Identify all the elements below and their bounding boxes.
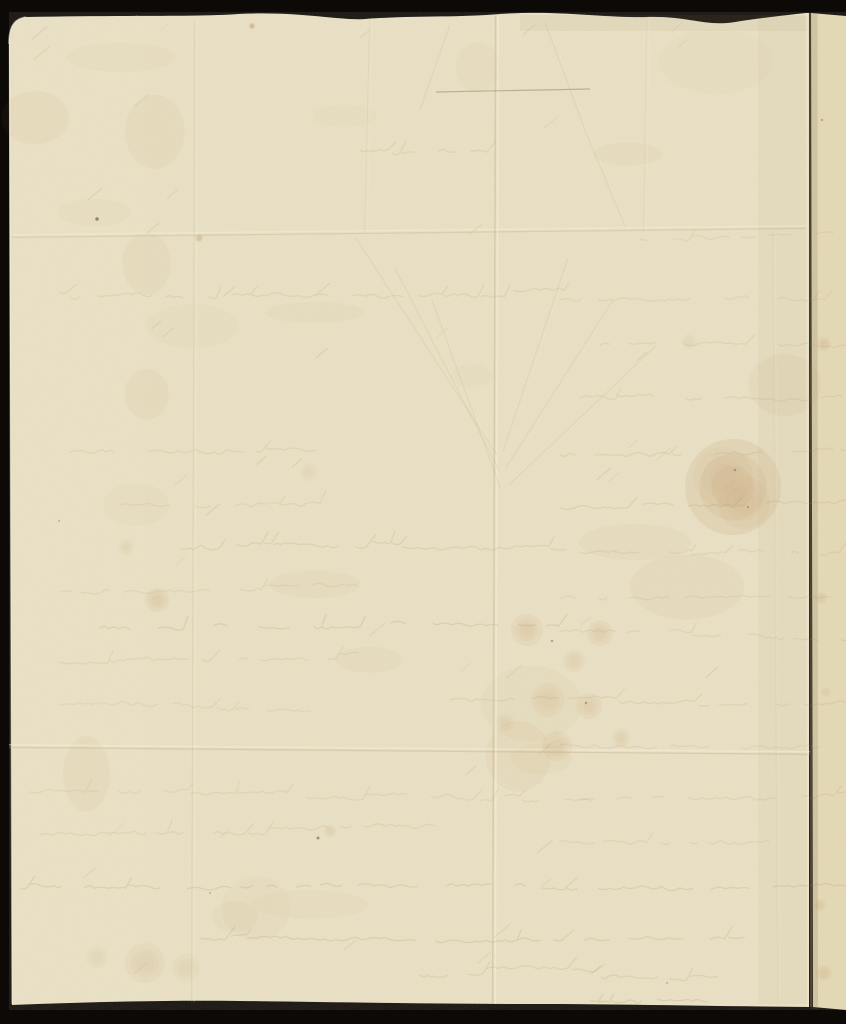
paper-mottle: [336, 646, 403, 672]
ink-stain: [251, 25, 254, 28]
paper-mottle: [146, 304, 238, 348]
ink-stain: [540, 692, 555, 707]
paper-mottle: [593, 143, 663, 166]
ink-stain: [197, 236, 201, 240]
dirt-speck: [747, 506, 749, 508]
paper-mottle: [58, 199, 131, 226]
ink-stain: [305, 468, 313, 476]
paper-mottle: [1, 91, 69, 144]
dirt-speck: [209, 892, 211, 894]
ink-stain: [732, 491, 755, 514]
ink-stain: [501, 718, 509, 726]
top-edge-shadow: [520, 15, 808, 31]
dirt-speck: [317, 837, 320, 840]
dirt-speck: [95, 217, 98, 220]
paper-mottle: [630, 554, 744, 619]
ink-stain: [594, 627, 606, 639]
ink-stain: [92, 952, 102, 962]
ink-stain: [820, 969, 827, 976]
ink-stain: [617, 734, 625, 742]
paper-mottle: [122, 233, 170, 295]
paper-mottle: [265, 302, 364, 323]
scanned-document: [0, 0, 846, 1024]
gutter-fold-soft-shadow: [814, 13, 815, 1007]
paper-mottle: [658, 29, 773, 94]
gutter-fold-line: [810, 13, 811, 1007]
ink-stain: [180, 962, 193, 975]
paper-mottle: [252, 890, 369, 919]
gutter-fold-highlight: [807, 13, 808, 1007]
dirt-speck: [666, 982, 668, 984]
paper-mottle: [456, 42, 500, 92]
ink-stain: [569, 656, 579, 666]
dirt-speck: [585, 702, 587, 704]
dirt-speck: [734, 469, 737, 472]
dirt-speck: [58, 520, 60, 522]
ink-stain: [817, 902, 822, 907]
scan-canvas: [0, 0, 846, 1024]
paper-mottle: [125, 95, 185, 169]
ink-stain: [122, 543, 129, 550]
paper-mottle: [124, 369, 168, 420]
ink-stain: [327, 828, 332, 833]
ink-stain: [583, 700, 595, 712]
dirt-speck: [551, 640, 553, 642]
ink-stain: [824, 690, 829, 695]
paper-mottle: [579, 524, 691, 560]
ink-stain: [152, 595, 163, 606]
paper-mottle: [67, 43, 176, 72]
ink-stain: [550, 739, 564, 753]
dirt-speck: [821, 119, 823, 121]
